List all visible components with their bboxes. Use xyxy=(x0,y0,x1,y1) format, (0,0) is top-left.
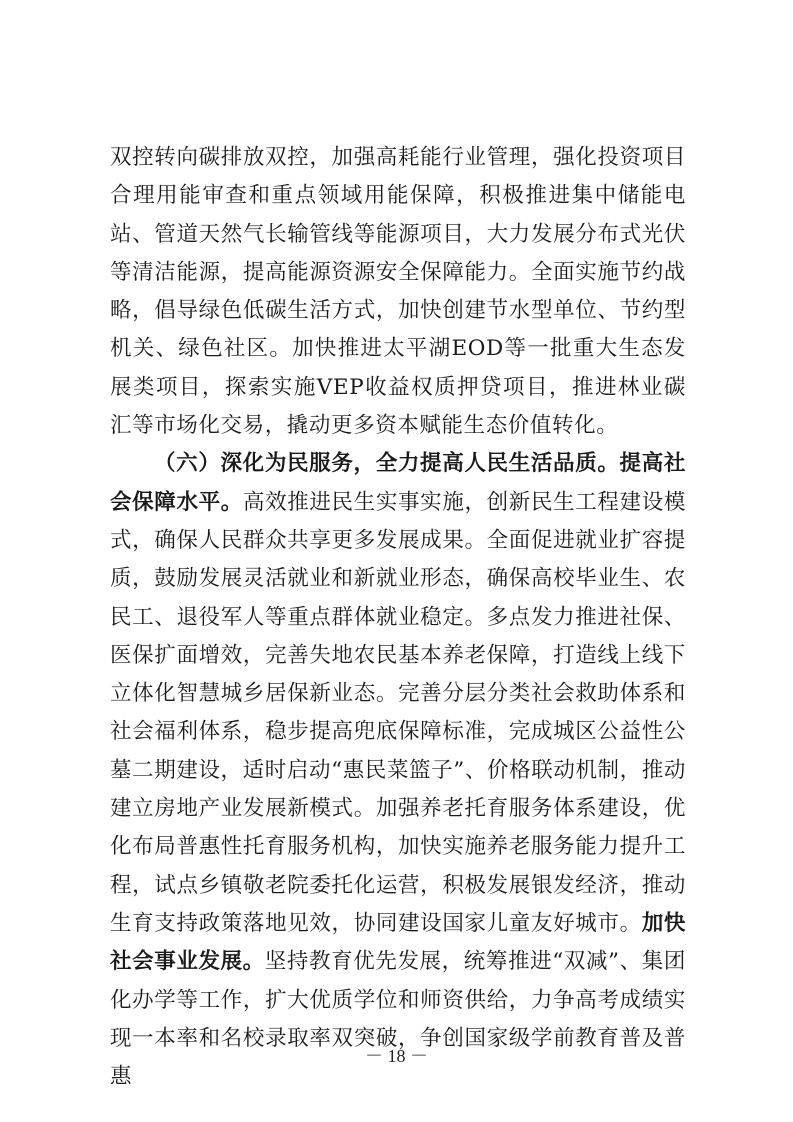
page-number: － 18 － xyxy=(0,1042,793,1068)
paragraph-text: 双控转向碳排放双控，加强高耗能行业管理，强化投资项目合理用能审查和重点领域用能保… xyxy=(110,145,686,438)
paragraph-text: 高效推进民生实事实施，创新民生工程建设模式，确保人民群众共享更多发展成果。全面促… xyxy=(110,490,686,936)
paragraph-livelihood: （六）深化为民服务，全力提高人民生活品质。提高社会保障水平。高效推进民生实事实施… xyxy=(110,445,686,1096)
paragraph-energy: 双控转向碳排放双控，加强高耗能行业管理，强化投资项目合理用能审查和重点领域用能保… xyxy=(110,139,686,445)
document-body: 双控转向碳排放双控，加强高耗能行业管理，强化投资项目合理用能审查和重点领域用能保… xyxy=(110,139,686,1096)
